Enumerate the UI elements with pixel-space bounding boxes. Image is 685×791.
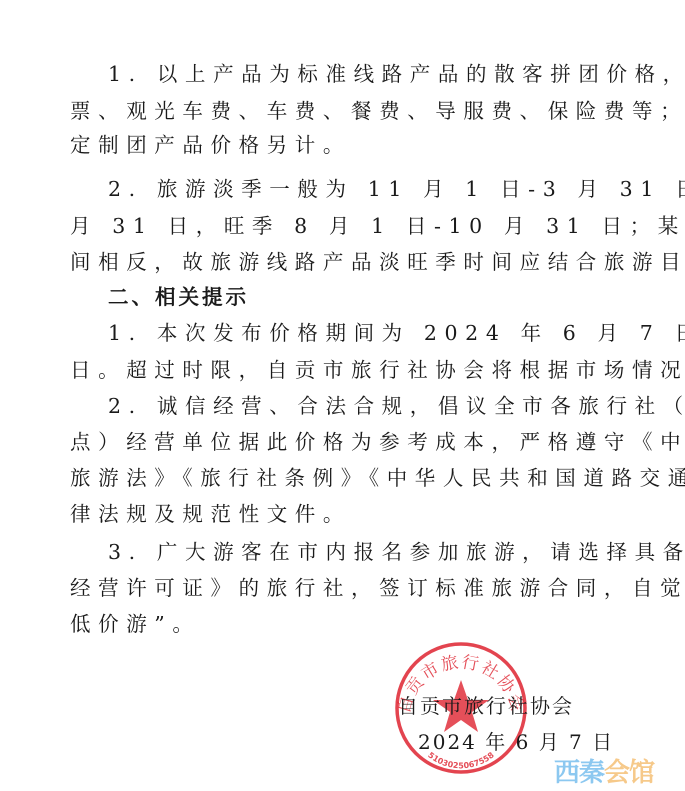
paragraph-line: 3. 广大游客在市内报名参加旅游，请选择具备《旅行社业务	[108, 540, 648, 564]
paragraph-line: 间相反，故旅游线路产品淡旺季时间应结合旅游目的地实际情况。	[70, 250, 610, 274]
paragraph-line: 点）经营单位据此价格为参考成本，严格遵守《中华人民共和国	[70, 430, 610, 454]
paragraph-line: 月 31 日，旺季 8 月 1 日-10 月 31 日；某些景区淡旺季与以上时	[70, 214, 610, 238]
paragraph-line: 2. 旅游淡季一般为 11 月 1 日-3 月 31 日，平季 4 月 1 日-…	[108, 177, 648, 201]
signature-date: 2024 年 6 月 7 日	[418, 726, 614, 755]
paragraph-line: 2. 诚信经营、合法合规，倡议全市各旅行社（分社、服务网	[108, 394, 648, 418]
section-heading: 二、相关提示	[108, 285, 648, 309]
document-page: 1. 以上产品为标准线路产品的散客拼团价格，价格含景区门 票、观光车费、车费、餐…	[0, 0, 685, 791]
watermark-logo: 西秦会馆	[554, 752, 654, 789]
paragraph-line: 低价游”。	[70, 612, 610, 636]
paragraph-line: 旅游法》《旅行社条例》《中华人民共和国道路交通安全法》等法	[70, 466, 610, 490]
paragraph-line: 1. 本次发布价格期间为 2024 年 6 月 7 日至 2025 年 6 月 …	[108, 321, 648, 345]
paragraph-line: 定制团产品价格另计。	[70, 133, 610, 157]
watermark-part2: 会馆	[604, 758, 654, 788]
paragraph-line: 经营许可证》的旅行社，签订标准旅游合同，自觉抵制“不合理	[70, 576, 610, 600]
watermark-part1: 西秦	[554, 758, 604, 788]
paragraph-line: 票、观光车费、车费、餐费、导服费、保险费等；非标准团或者	[70, 99, 610, 123]
paragraph-line: 律法规及规范性文件。	[70, 502, 610, 526]
paragraph-line: 日。超过时限，自贡市旅行社协会将根据市场情况作适时调整。	[70, 358, 610, 382]
paragraph-line: 1. 以上产品为标准线路产品的散客拼团价格，价格含景区门	[108, 62, 648, 86]
signature-organization: 自贡市旅行社协会	[398, 690, 574, 719]
